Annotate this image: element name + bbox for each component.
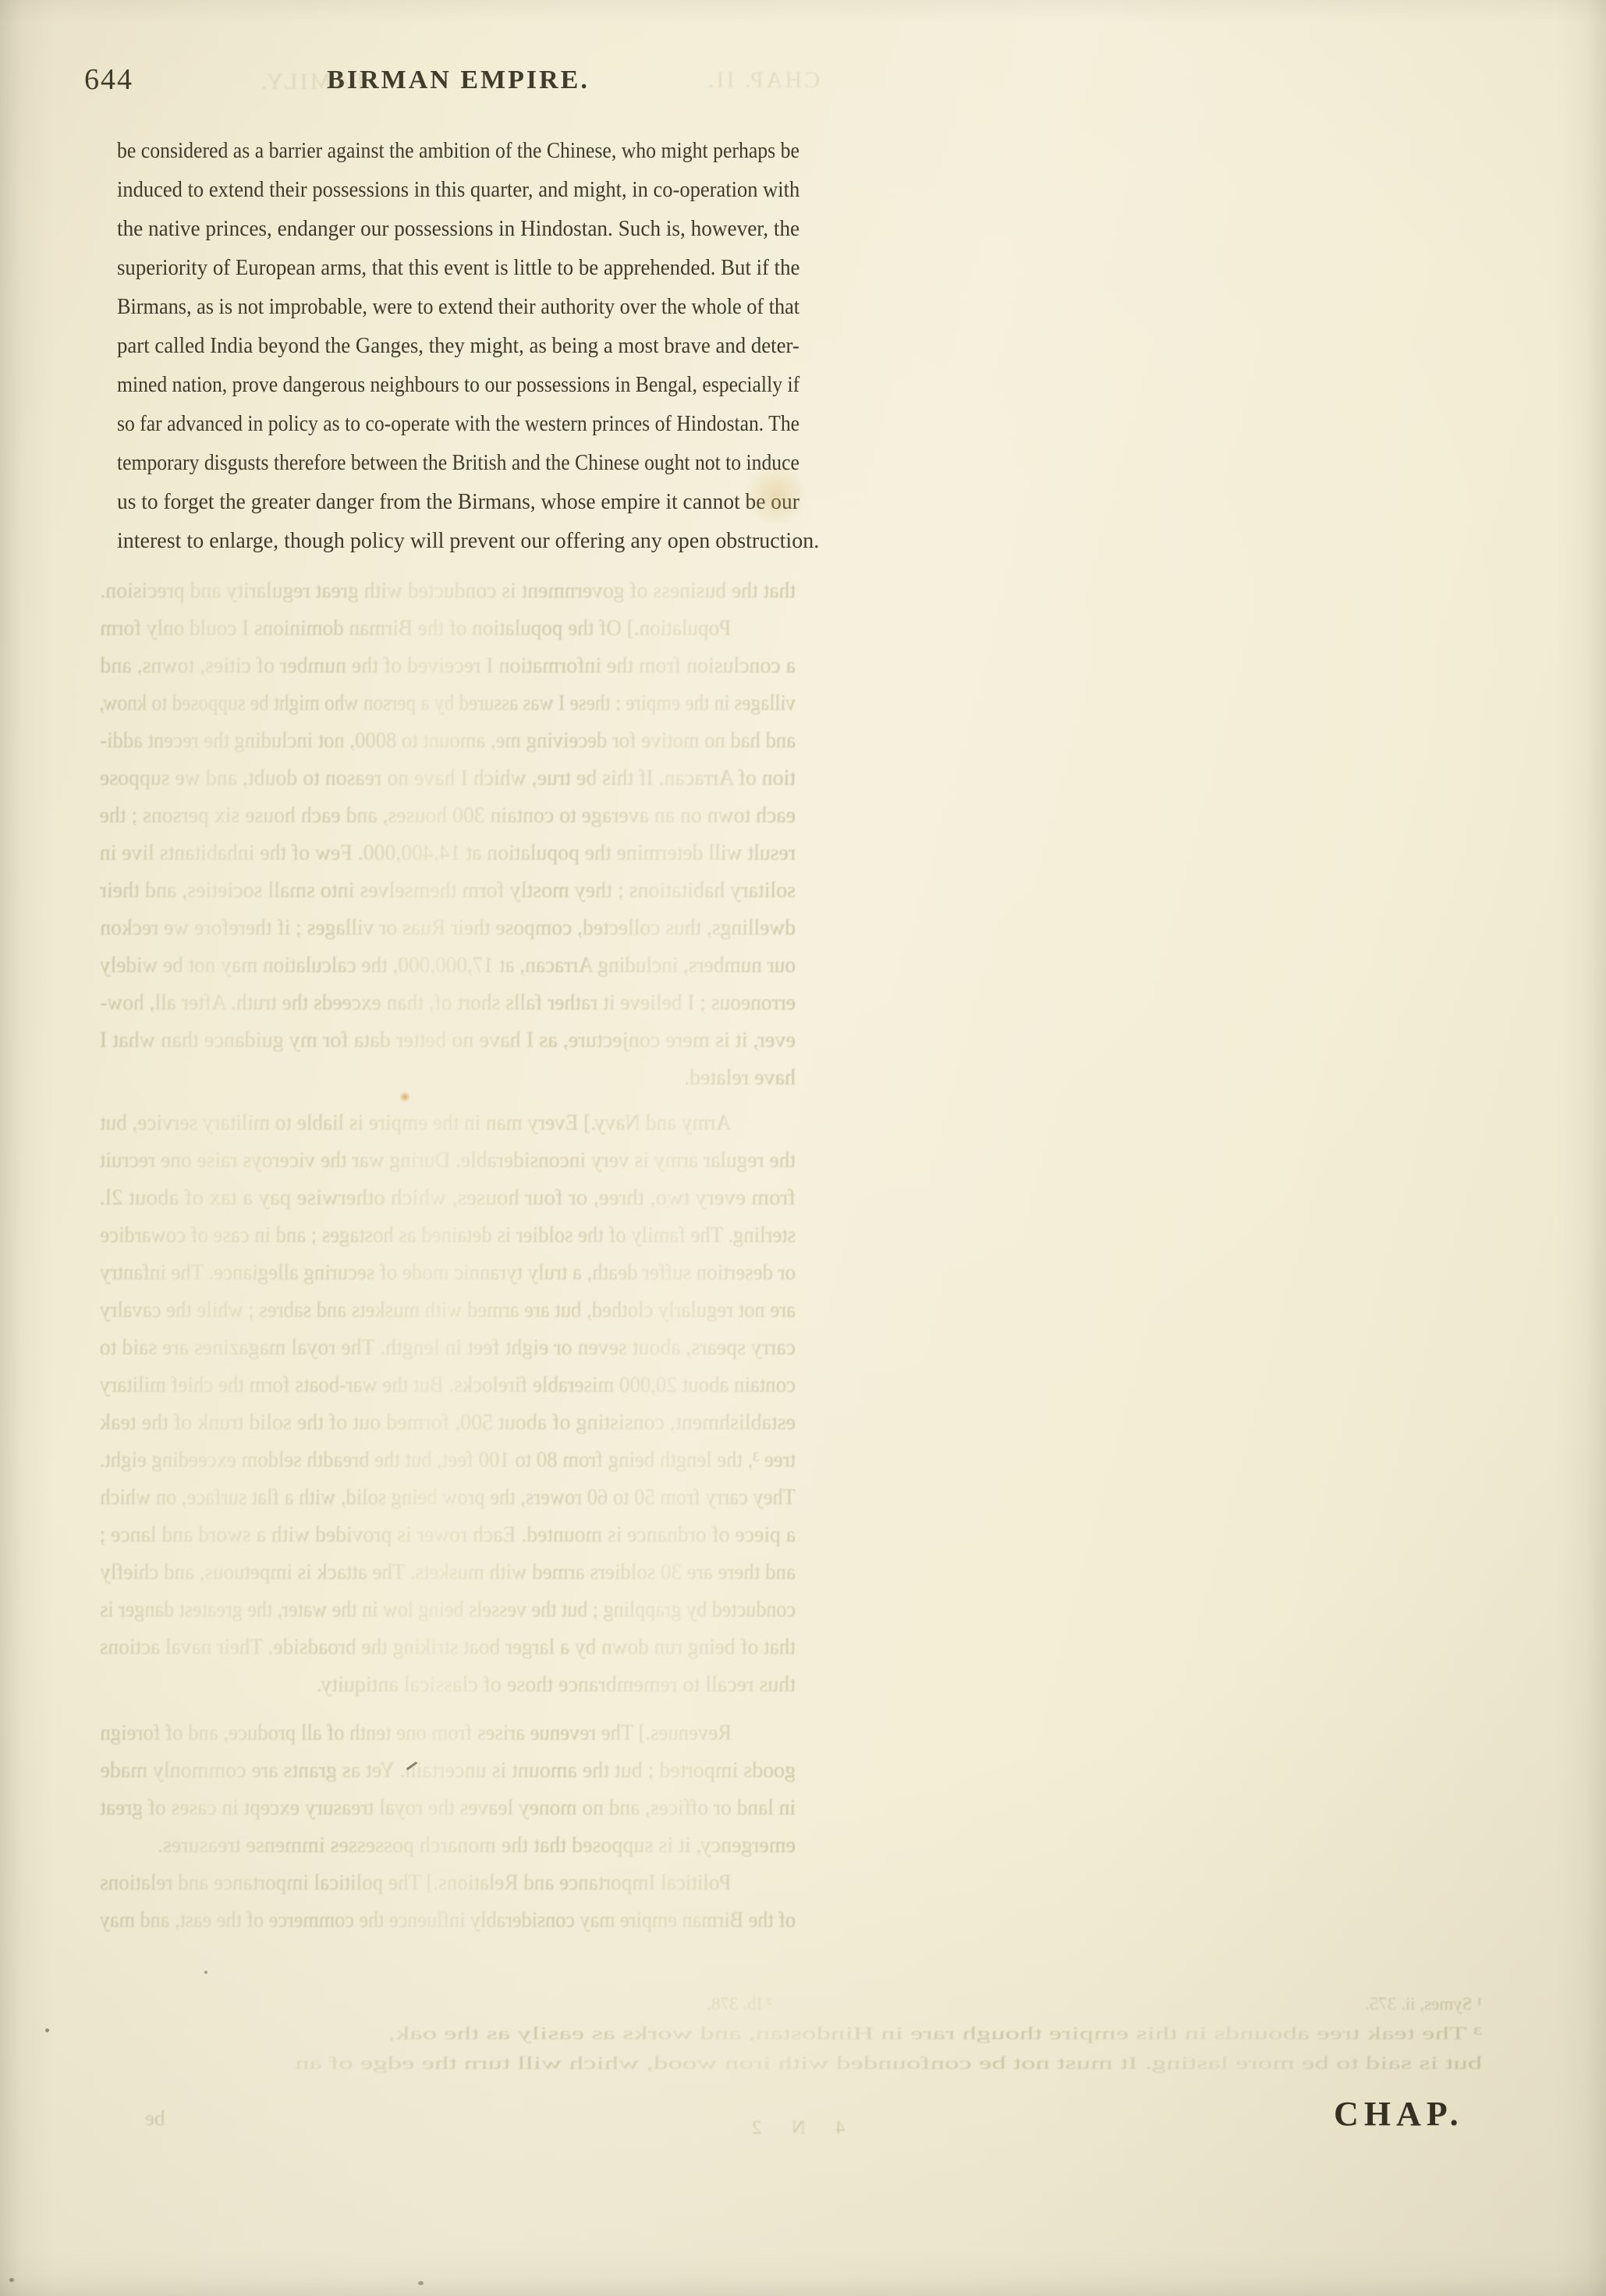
- bleedthrough-line: a conclusion from the information I rece…: [100, 654, 796, 691]
- bleedthrough-footnotes: ¹ Symes, ii. 375. ² Ib. 378. ³ The teak …: [90, 1994, 1482, 2083]
- bleedthrough-line: erroneous ; I believe it rather falls sh…: [100, 991, 796, 1028]
- bleedthrough-line: from every two, three, or four houses, w…: [100, 1186, 796, 1223]
- bleedthrough-line: and there are 30 soldiers armed with mus…: [100, 1560, 796, 1598]
- scanned-book-page: 644 BIRMAN EMPIRE. FAMILY. CHAP. II. be …: [0, 0, 1606, 2296]
- catchword: CHAP.: [1334, 2094, 1464, 2134]
- text-line: interest to enlarge, though policy will …: [117, 529, 799, 568]
- bleedthrough-line: conducted by grappling ; but the vessels…: [100, 1598, 796, 1635]
- bleedthrough-line: dwellings, thus collected, compose their…: [100, 916, 796, 953]
- bleedthrough-line: of the Birman empire may considerably in…: [100, 1908, 796, 1946]
- bleedthrough-revenues-block: Revenues.] The revenue arises from one t…: [100, 1721, 796, 1946]
- bleedthrough-line: establishment, consisting of about 500, …: [100, 1411, 796, 1448]
- text-line: mined nation, prove dangerous neighbours…: [117, 373, 799, 412]
- bleedthrough-line: a piece of ordnance is mounted. Each row…: [100, 1523, 796, 1560]
- bleedthrough-line: in land or offices, and no money leaves …: [100, 1796, 796, 1833]
- bleedthrough-line: solitary habitations ; they mostly form …: [100, 878, 796, 916]
- bleedthrough-line: emergency, it is supposed that the monar…: [100, 1833, 796, 1871]
- bleedthrough-line: Revenues.] The revenue arises from one t…: [100, 1721, 796, 1758]
- ink-speck: [45, 2028, 49, 2032]
- bleedthrough-army-navy-block: Army and Navy.] Every man in the empire …: [100, 1111, 796, 1710]
- running-title: BIRMAN EMPIRE.: [117, 66, 799, 95]
- text-line: us to forget the greater danger from the…: [117, 490, 799, 529]
- bleedthrough-line: goods imported ; but the amount is uncer…: [100, 1758, 796, 1796]
- body-paragraph: be considered as a barrier against the a…: [117, 139, 799, 568]
- bleedthrough-line: that the business of government is condu…: [100, 579, 796, 616]
- text-line: temporary disgusts therefore between the…: [117, 451, 799, 490]
- bleedthrough-line: tree ³, the length being from 80 to 100 …: [100, 1448, 796, 1485]
- bleedthrough-line: or desertion suffer death, a truly tyran…: [100, 1261, 796, 1298]
- bleedthrough-footnote-refs: ¹ Symes, ii. 375. ² Ib. 378.: [90, 1994, 1482, 2024]
- bleedthrough-line: carry spears, about seven or eight feet …: [100, 1336, 796, 1373]
- bleedthrough-line: sterling. The family of the soldier is d…: [100, 1223, 796, 1261]
- bleedthrough-catchword: be: [145, 2106, 165, 2131]
- bleedthrough-line: but is said to be more lasting. It must …: [90, 2053, 1482, 2083]
- bleedthrough-line: and had no motive for deceiving me, amou…: [100, 729, 796, 766]
- bleedthrough-line: Population.] Of the population of the Bi…: [100, 616, 796, 654]
- bleedthrough-line: our numbers, including Arracan, at 17,00…: [100, 953, 796, 991]
- bleedthrough-line: thus recall to remembrance those of clas…: [100, 1673, 796, 1710]
- bleedthrough-line: villages in the empire : these I was ass…: [100, 691, 796, 729]
- ink-speck: [204, 1971, 207, 1974]
- bleedthrough-line: that of being run down by a larger boat …: [100, 1635, 796, 1673]
- text-line: induced to extend their possessions in t…: [117, 178, 799, 217]
- bleedthrough-footnote-symes: ¹ Symes, ii. 375.: [1365, 1994, 1482, 2024]
- bleedthrough-line: tion of Arracan. If this be true, which …: [100, 766, 796, 804]
- bleedthrough-signature-mark: 4 N 2: [739, 2117, 846, 2139]
- bleedthrough-line: the regular army is very inconsiderable.…: [100, 1148, 796, 1186]
- bleedthrough-line: ever, it is mere conjecture, as I have n…: [100, 1028, 796, 1066]
- text-line: be considered as a barrier against the a…: [117, 139, 799, 178]
- bleedthrough-header-fragment: CHAP. II.: [706, 67, 820, 94]
- bleedthrough-line: Political Importance and Relations.] The…: [100, 1871, 796, 1908]
- text-line: so far advanced in policy as to co-opera…: [117, 412, 799, 451]
- text-line: Birmans, as is not improbable, were to e…: [117, 295, 799, 334]
- bleedthrough-line: are not regularly clothed, but are armed…: [100, 1298, 796, 1336]
- bleedthrough-line: Army and Navy.] Every man in the empire …: [100, 1111, 796, 1148]
- text-line: the native princes, endanger our possess…: [117, 217, 799, 256]
- text-line: superiority of European arms, that this …: [117, 256, 799, 295]
- bleedthrough-line: each town on an average to contain 300 h…: [100, 804, 796, 841]
- bleedthrough-header-fragment: FAMILY.: [259, 69, 363, 95]
- bleedthrough-line: have related.: [100, 1066, 796, 1103]
- bleedthrough-line: result will determine the population at …: [100, 841, 796, 878]
- bleedthrough-line: They carry from 50 to 60 rowers, the pro…: [100, 1485, 796, 1523]
- bleedthrough-line: contain about 20,000 miserable firelocks…: [100, 1373, 796, 1411]
- bleedthrough-line: ³ The teak tree abounds in this empire t…: [90, 2024, 1482, 2053]
- bleedthrough-footnote-ib: ² Ib. 378.: [707, 1994, 772, 2024]
- footnote-gap: [772, 1994, 1365, 2024]
- bleedthrough-population-block: that the business of government is condu…: [100, 579, 796, 1103]
- text-line: part called India beyond the Ganges, the…: [117, 334, 799, 373]
- ink-speck: [9, 2278, 14, 2282]
- ink-speck: [418, 2281, 424, 2285]
